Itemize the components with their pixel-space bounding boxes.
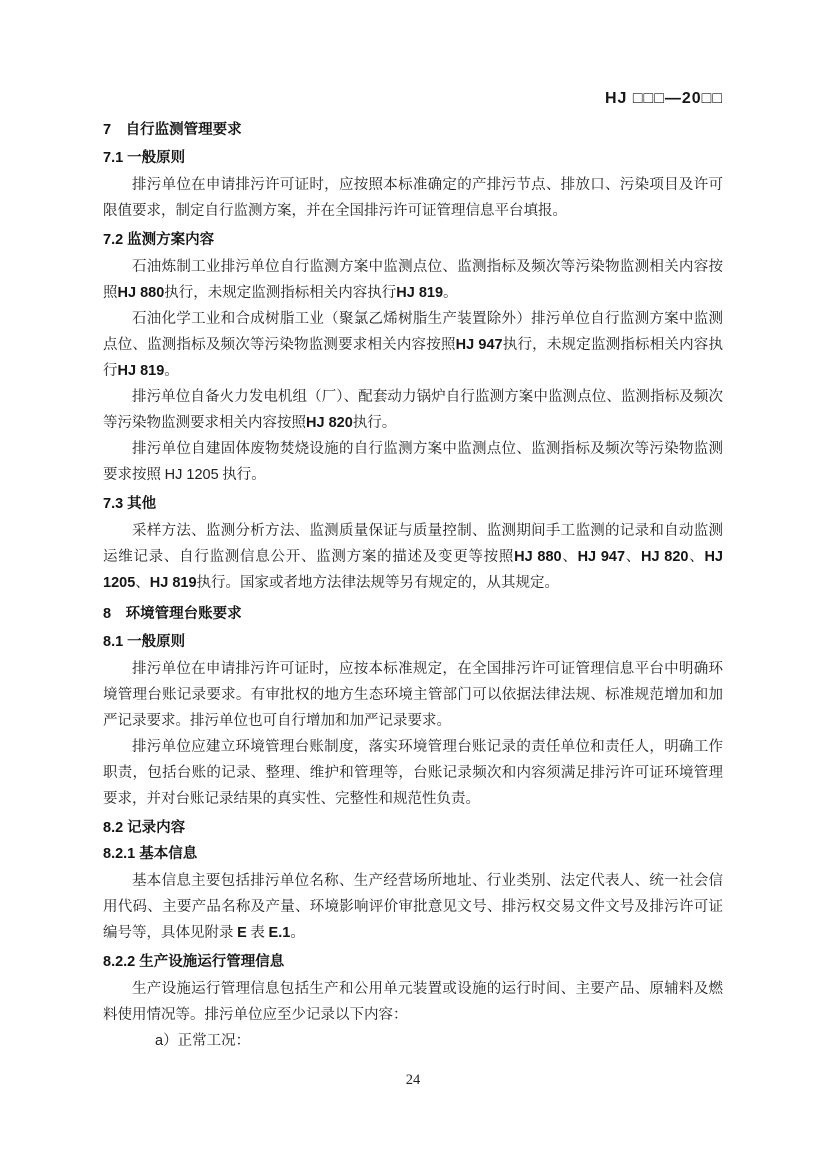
- text-segment: 排污单位在申请排污许可证时，应按本标准规定，在全国排污许可证管理信息平台中明确环…: [103, 661, 723, 729]
- paragraph-7-3-1: 采样方法、监测分析方法、监测质量保证与质量控制、监测期间手工监测的记录和自动监测…: [103, 518, 723, 596]
- paragraph-8-1-1: 排污单位在申请排污许可证时，应按本标准规定，在全国排污许可证管理信息平台中明确环…: [103, 656, 723, 734]
- text-segment: 、: [688, 549, 704, 565]
- text-segment: 生产设施运行管理信息包括生产和公用单元装置或设施的运行时间、主要产品、原辅料及燃…: [103, 981, 723, 1023]
- text-segment: 。: [443, 285, 458, 301]
- section-8-1-heading: 8.1 一般原则: [103, 632, 723, 652]
- text-segment: E: [237, 925, 247, 941]
- text-segment: 。: [164, 363, 179, 379]
- text-segment: ）正常工况：: [163, 1033, 250, 1049]
- text-segment: E.1: [269, 925, 291, 941]
- list-item-a-normal-condition: a）正常工况：: [103, 1028, 723, 1054]
- paragraph-8-2-2-1: 生产设施运行管理信息包括生产和公用单元装置或设施的运行时间、主要产品、原辅料及燃…: [103, 976, 723, 1028]
- standard-number-header: HJ □□□—20□□: [103, 90, 723, 108]
- section-7-3-heading: 7.3 其他: [103, 494, 723, 514]
- text-segment: 执行，未规定监测指标相关内容执行: [164, 285, 396, 301]
- paragraph-8-1-2: 排污单位应建立环境管理台账制度，落实环境管理台账记录的责任单位和责任人，明确工作…: [103, 734, 723, 812]
- section-7-heading: 7 自行监测管理要求: [103, 120, 723, 140]
- text-segment: 执行。: [219, 467, 266, 483]
- text-segment: 排污单位在申请排污许可证时，应按照本标准确定的产排污节点、排放口、污染项目及许可…: [103, 177, 723, 219]
- text-segment: 基本信息主要包括排污单位名称、生产经营场所地址、行业类别、法定代表人、统一社会信…: [103, 873, 723, 941]
- paragraph-7-2-4: 排污单位自建固体废物焚烧设施的自行监测方案中监测点位、监测指标及频次等污染物监测…: [103, 436, 723, 488]
- section-8-2-2-heading: 8.2.2 生产设施运行管理信息: [103, 952, 723, 972]
- text-segment: 排污单位应建立环境管理台账制度，落实环境管理台账记录的责任单位和责任人，明确工作…: [103, 739, 723, 807]
- paragraph-7-1-1: 排污单位在申请排污许可证时，应按照本标准确定的产排污节点、排放口、污染项目及许可…: [103, 172, 723, 224]
- text-segment: 执行。: [353, 415, 397, 431]
- text-segment: 表: [247, 925, 269, 941]
- paragraph-8-2-1-1: 基本信息主要包括排污单位名称、生产经营场所地址、行业类别、法定代表人、统一社会信…: [103, 868, 723, 946]
- text-segment: HJ □□□—20: [605, 90, 702, 107]
- text-segment: HJ 820: [641, 549, 688, 565]
- text-segment: HJ 820: [306, 415, 353, 431]
- text-segment: 。: [290, 925, 305, 941]
- text-segment: HJ 880: [118, 285, 165, 301]
- text-segment: HJ 819: [396, 285, 443, 301]
- paragraph-7-2-1: 石油炼制工业排污单位自行监测方案中监测点位、监测指标及频次等污染物监测相关内容按…: [103, 254, 723, 306]
- text-segment: HJ 947: [456, 337, 503, 353]
- section-7-2-heading: 7.2 监测方案内容: [103, 230, 723, 250]
- section-8-heading: 8 环境管理台账要求: [103, 604, 723, 624]
- text-segment: 、: [135, 575, 150, 591]
- text-segment: 、: [562, 549, 578, 565]
- text-segment: 排污单位自备火力发电机组（厂）、配套动力锅炉自行监测方案中监测点位、监测指标及频…: [103, 389, 723, 431]
- text-segment: HJ 819: [118, 363, 165, 379]
- text-segment: 执行。国家或者地方法律法规等另有规定的，从其规定。: [197, 575, 560, 591]
- paragraph-7-2-3: 排污单位自备火力发电机组（厂）、配套动力锅炉自行监测方案中监测点位、监测指标及频…: [103, 384, 723, 436]
- paragraph-7-2-2: 石油化学工业和合成树脂工业（聚氯乙烯树脂生产装置除外）排污单位自行监测方案中监测…: [103, 306, 723, 384]
- text-segment: HJ 819: [150, 575, 197, 591]
- text-segment: □□: [702, 90, 723, 107]
- document-content: HJ □□□—20□□ 7 自行监测管理要求 7.1 一般原则 排污单位在申请排…: [103, 90, 723, 1054]
- section-8-2-1-heading: 8.2.1 基本信息: [103, 844, 723, 864]
- section-7-1-heading: 7.1 一般原则: [103, 148, 723, 168]
- section-8-2-heading: 8.2 记录内容: [103, 818, 723, 838]
- page-number: 24: [0, 1072, 826, 1089]
- text-segment: 、: [625, 549, 641, 565]
- document-page: HJ □□□—20□□ 7 自行监测管理要求 7.1 一般原则 排污单位在申请排…: [0, 0, 826, 1169]
- text-segment: HJ 1205: [165, 467, 219, 483]
- text-segment: HJ 947: [578, 549, 625, 565]
- text-segment: HJ 880: [514, 549, 561, 565]
- text-segment: a: [155, 1033, 163, 1049]
